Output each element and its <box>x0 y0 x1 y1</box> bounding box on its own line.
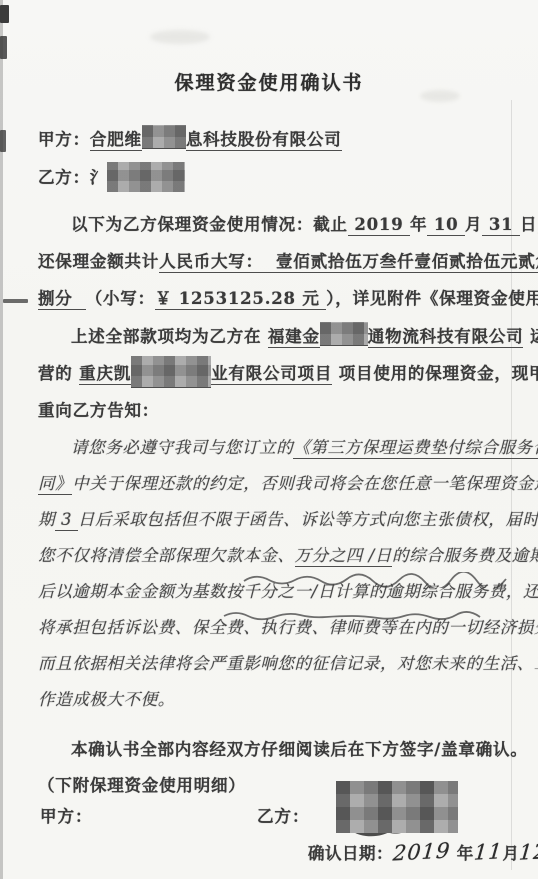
text-segment: 期 <box>38 510 55 529</box>
text-line: 您不仅将清偿全部保理欠款本金、万分之四 /日的综合服务费及逾期 <box>38 538 510 574</box>
scan-edge-mark <box>0 36 7 59</box>
text-segment: ），详见附件《保理资金使用明细》。 <box>326 289 538 308</box>
text-segment: 氵 <box>90 168 107 187</box>
text-line: 上述全部款项均为乙方在 福建金通物流科技有限公司 运 <box>38 318 510 355</box>
text-segment: 10 <box>427 215 465 236</box>
scan-edge-mark <box>0 5 9 23</box>
scan-edge-mark <box>3 299 28 303</box>
text-line: 还保理金额共计人民币大写： 壹佰贰拾伍万叁仟壹佰贰拾伍元贰角 <box>38 243 510 280</box>
confirm-date-row: 确认日期：2019 年11月12日 <box>308 840 538 864</box>
scan-smudge <box>150 30 210 44</box>
redaction-mosaic <box>131 356 211 388</box>
text-line: 以下为乙方保理资金使用情况：截止 2019 年 10 月 31 日，未 <box>38 206 510 243</box>
text-segment: 的综合服务费及逾期 <box>392 546 538 565</box>
text-segment: 还保理金额共计 <box>38 252 159 271</box>
text-segment: 本确认书全部内容经双方仔细阅读后在下方签字/盖章确认。 <box>38 740 528 759</box>
text-segment: 请您务必遵守我司与您订立的 <box>38 438 293 457</box>
date-label: 确认日期： <box>308 844 393 863</box>
parties-section: 甲方：合肥维息科技股份有限公司乙方：氵 <box>38 121 510 197</box>
text-line: 捌分 （小写：￥ 1253125.28 元 ），详见附件《保理资金使用明细》。 <box>38 280 510 317</box>
document-page: 保理资金使用确认书 甲方：合肥维息科技股份有限公司乙方：氵 以下为乙方保理资金使… <box>0 0 538 879</box>
text-segment: 重庆凯 <box>79 364 131 385</box>
text-segment: 2019 <box>348 215 410 236</box>
scan-edge-mark <box>0 130 6 152</box>
text-segment: 月 <box>465 215 482 234</box>
text-segment: 运 <box>523 327 538 346</box>
warning-paragraph: 请您务必遵守我司与您订立的《第三方保理运费垫付综合服务合同》中关于保理还款的约定… <box>38 430 510 718</box>
text-segment: 业有限公司项目 <box>211 364 332 385</box>
text-segment: 甲方： <box>38 130 90 149</box>
text-line: 乙方：氵 <box>38 159 510 197</box>
redaction-mosaic <box>320 322 368 346</box>
handwritten-year: 2019 <box>392 838 451 865</box>
text-line: 而且依据相关法律将会严重影响您的征信记录，对您未来的生活、工 <box>38 646 510 682</box>
text-segment: （下附保理资金使用明细） <box>38 776 246 795</box>
text-segment: ￥ 1253125.28 元 <box>155 289 326 310</box>
redaction-mosaic <box>336 781 458 833</box>
text-segment: 3 <box>55 510 78 531</box>
text-segment: 人民币大写： 壹佰贰拾伍万叁仟壹佰贰拾伍元贰角 <box>159 252 538 273</box>
text-segment: 项目使用的保理资金，现甲方郑 <box>332 364 538 383</box>
text-line: 同》中关于保理还款的约定，否则我司将会在您任意一笔保理资金逾 <box>38 466 510 502</box>
text-segment: 同》 <box>38 474 72 495</box>
text-line: 期 3 日后采取包括但不限于函告、诉讼等方式向您主张债权，届时 <box>38 502 510 538</box>
text-segment: 作造成极大不便。 <box>38 690 175 709</box>
text-line: 将承担包括诉讼费、保全费、执行费、律师费等在内的一切经济损失， <box>38 610 510 646</box>
text-segment: 将承担包括诉讼费、保全费、执行费、律师费等在内的一切经济损失， <box>38 618 538 637</box>
text-segment: 日，未 <box>520 215 538 234</box>
handwritten-month: 11 <box>473 839 504 865</box>
amount-paragraph: 以下为乙方保理资金使用情况：截止 2019 年 10 月 31 日，未还保理金额… <box>38 206 510 317</box>
text-segment: 中关于保理还款的约定，否则我司将会在您任意一笔保理资金逾 <box>72 474 538 493</box>
text-segment: 您不仅将清偿全部保理欠款本金、 <box>38 546 295 565</box>
year-unit: 年 <box>457 844 474 863</box>
text-segment: 而且依据相关法律将会严重影响您的征信记录，对您未来的生活、工 <box>38 654 538 673</box>
text-segment: （小写： <box>86 289 155 308</box>
month-unit: 月 <box>502 844 519 863</box>
text-segment: 通物流科技有限公司 <box>368 327 524 348</box>
text-segment: 重向乙方告知： <box>38 401 159 420</box>
text-segment: 年 <box>410 215 427 234</box>
redaction-mosaic <box>142 125 186 149</box>
text-line: 营的 重庆凯业有限公司项目 项目使用的保理资金，现甲方郑 <box>38 355 510 392</box>
text-line: 作造成极大不便。 <box>38 682 510 718</box>
text-segment: 万分之四 /日 <box>295 546 393 567</box>
handwritten-day: 12 <box>518 839 538 865</box>
text-segment: 以下为乙方保理资金使用情况：截止 <box>38 215 348 234</box>
text-line: 甲方：合肥维息科技股份有限公司 <box>38 121 510 159</box>
text-line: 后以逾期本金金额为基数按千分之一/日计算的逾期综合服务费，还 <box>38 574 510 610</box>
text-segment: 息科技股份有限公司 <box>186 130 342 151</box>
redaction-mosaic <box>107 162 185 192</box>
text-line: 本确认书全部内容经双方仔细阅读后在下方签字/盖章确认。 <box>38 731 510 768</box>
party-a-sign-label: 甲方： <box>40 803 93 827</box>
usage-paragraph: 上述全部款项均为乙方在 福建金通物流科技有限公司 运营的 重庆凯业有限公司项目 … <box>38 318 510 429</box>
text-segment: 日后采取包括但不限于函告、诉讼等方式向您主张债权，届时 <box>78 510 538 529</box>
text-segment: 乙方： <box>38 168 90 187</box>
text-segment: 合肥维 <box>90 130 142 151</box>
party-b-sign-label: 乙方： <box>257 803 310 827</box>
text-segment: 上述全部款项均为乙方在 <box>38 327 268 346</box>
text-segment: 福建金 <box>268 327 320 348</box>
text-line: 请您务必遵守我司与您订立的《第三方保理运费垫付综合服务合 <box>38 430 510 466</box>
document-title: 保理资金使用确认书 <box>0 68 538 95</box>
text-segment: 31 <box>482 215 520 236</box>
text-segment: 营的 <box>38 364 79 383</box>
text-segment: 捌分 <box>38 289 86 310</box>
text-segment: 后以逾期本金金额为基数按千分之一/日计算的逾期综合服务费，还 <box>38 582 538 601</box>
text-line: 重向乙方告知： <box>38 392 510 429</box>
confirm-paragraph: 本确认书全部内容经双方仔细阅读后在下方签字/盖章确认。 <box>38 731 510 768</box>
text-segment: 《第三方保理运费垫付综合服务合 <box>293 438 538 459</box>
